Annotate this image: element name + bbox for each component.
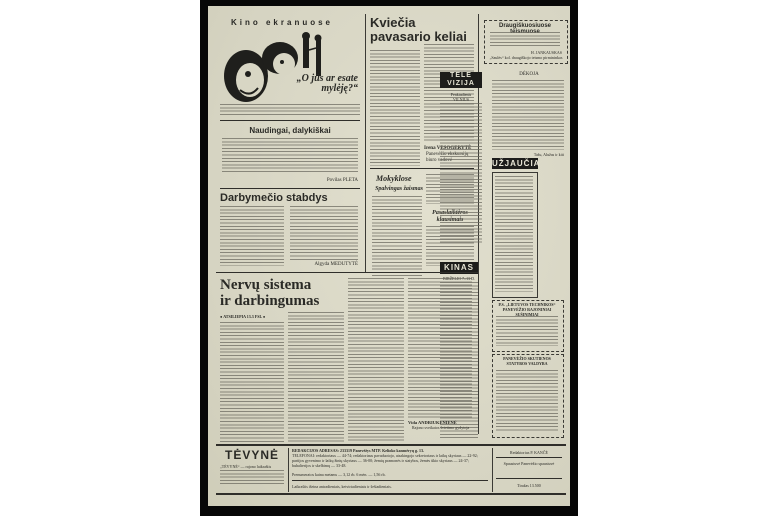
naudingai-headline: Naudingai, dalykiškai [220,126,360,135]
divider [216,272,478,273]
divider [220,188,360,189]
darbymecio-headline: Darbymečio stabdys [220,192,360,204]
footer-schedule: Laikraštis išeina antradieniais, ketvirt… [292,484,488,490]
ad-statybos-body [496,370,558,432]
kino-headline: „O jūs ar esate mylėję?“ [278,74,358,94]
televizija-program-listing [440,103,482,243]
divider [496,457,562,458]
footer-masthead-body [220,470,284,484]
ad-technikos-body [496,316,558,346]
footer-printer: Spaustuvė Panevėžio spaustuvė [496,461,562,466]
divider [292,480,488,481]
footer-masthead-note: „TĖVYNĖ“ — rajono laikraštis [220,464,284,469]
footer-circulation: Tiražas 13.500 [496,483,562,489]
mokyklose-headline: Spalvingas žaismas [374,186,424,192]
dekoja-headline: DĖKOJA [494,72,564,78]
naudingai-byline: Povilas PLETA [298,178,358,184]
nervu-headline-line1: Nervų sistema [220,278,330,293]
uzjaucia-notices-text [495,176,533,292]
naudingai-body-text [222,138,358,173]
footer-top-rule [216,444,566,446]
kviecia-headline: Kviečia pavasario keliai [370,16,470,44]
column-rule [365,14,366,272]
divider [496,478,562,479]
nervu-dateline: ● ATSILIEPIA 13.3 FSL ● [220,314,284,320]
mokyklose-body-text [372,196,422,276]
dekoja-body-text [492,80,564,150]
kino-body-text [220,104,360,116]
draugiskuosiuose-note: „Saulės“ kol. draugiškojo teismo pirmini… [488,56,564,60]
darbymecio-body-col2 [290,206,358,260]
darbymecio-byline: Algyda MEDUTYTĖ [298,262,358,268]
column-rule [288,448,289,492]
nervu-body-col3 [348,278,404,442]
draugiskuosiuose-body-text [490,32,560,48]
film-caricature-illustration [218,28,328,108]
footer-phones: TELEFONAI: redaktoriaus — 44-74; redakto… [292,453,488,468]
column-rule [492,448,493,492]
nervu-body-col4 [408,278,472,418]
televizija-logo: TELE VIZIJA [440,72,482,88]
nervu-body-col2 [288,312,344,442]
footer-subscription: Prenumeratos kaina metams — 3,12 rb. 6 m… [292,472,488,478]
nervu-headline-line2: ir darbingumas [220,294,330,309]
footer-bottom-rule [216,493,566,495]
nervu-body-col1 [220,322,284,442]
divider [220,120,360,121]
ad-statybos-headline: PANEVĖŽIO SKUTIENOS STATYBOS VALDYBA [494,356,560,366]
section-mokyklose: Mokyklose [376,174,426,183]
newspaper-page: Kino ekranuose „O jūs ar esate mylėję?“ … [208,6,570,506]
kviecia-body-col1 [370,50,420,166]
nervu-byline-note: Rajono sveikatos švietimo gydytoja [412,426,474,430]
uzjaucia-logo: UŽJAUČIA [492,158,538,169]
footer-editor: Redaktorius P. KANČĖ [496,450,562,456]
ad-technikos-headline: P.S. „LIETUVOS TECHNIKOS“ PANEVĖŽIO RAJO… [494,302,560,317]
darbymecio-body-col1 [220,206,284,266]
section-kino: Kino ekranuose [222,18,342,27]
footer-masthead: TĖVYNĖ [222,448,282,462]
